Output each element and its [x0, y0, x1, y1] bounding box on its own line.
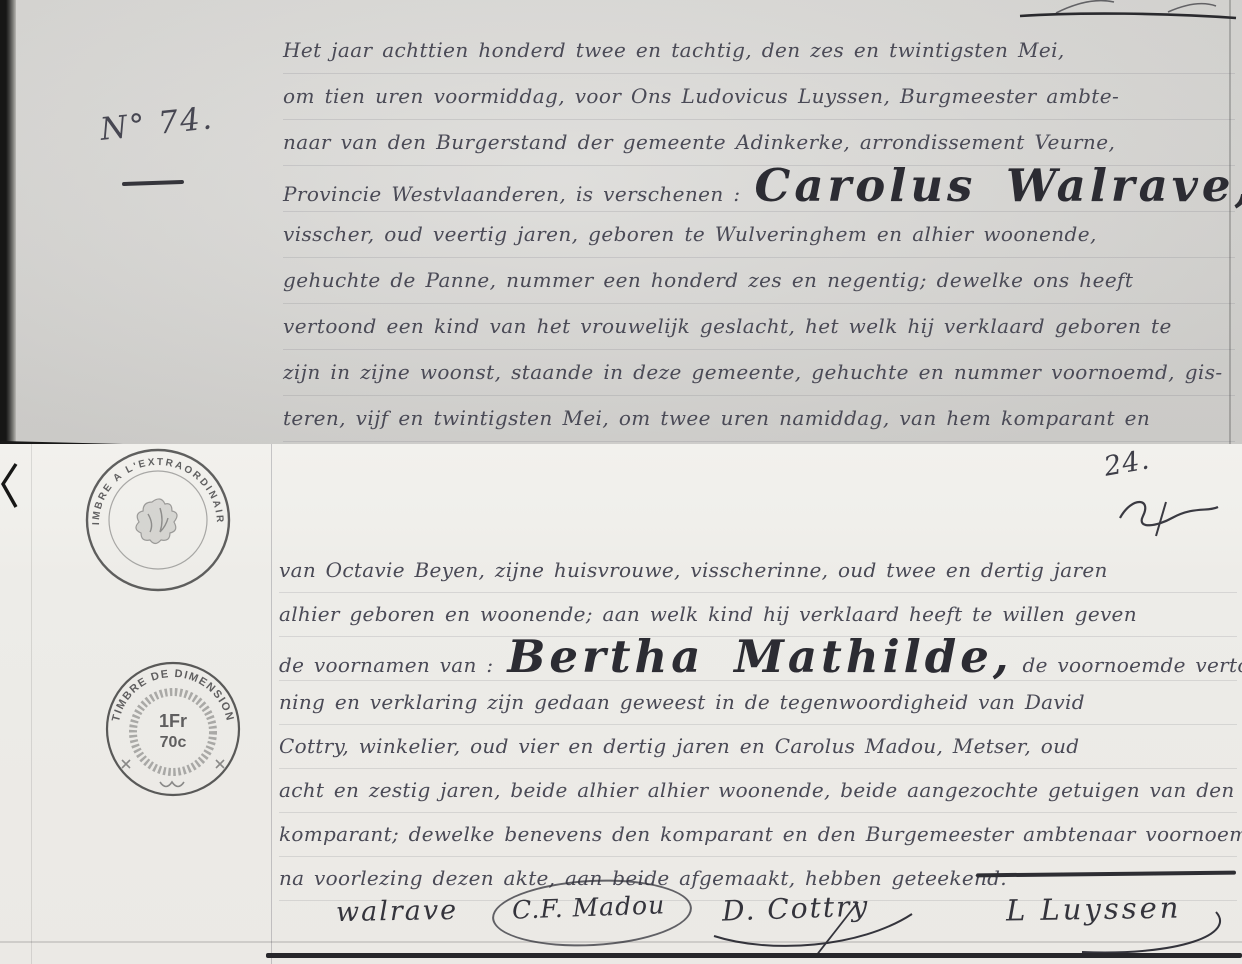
page-bottom-rule-thin [0, 941, 1242, 943]
stamp-value: 1Fr 70c [159, 711, 187, 751]
dimension-stamp: TIMBRE DE DIMENSION 1Fr 70c [102, 658, 244, 800]
act-line: visscher, oud veertig jaren, geboren te … [283, 212, 1235, 258]
lower-page-left-edge [31, 444, 32, 964]
act-line: van Octavie Beyen, zijne huisvrouwe, vis… [279, 549, 1237, 593]
act-line: komparant; dewelke benevens den komparan… [279, 813, 1237, 857]
name-bertha-mathilde: Bertha Mathilde, [507, 637, 1012, 677]
act-line: Provincie Westvlaanderen, is verschenen … [283, 166, 1235, 212]
coat-of-arms-emblem [136, 499, 177, 544]
svg-text:70c: 70c [160, 734, 187, 751]
act-line: teren, vijf en twintigsten Mei, om twee … [283, 396, 1235, 442]
act-line: ning en verklaring zijn gedaan geweest i… [279, 681, 1237, 725]
signature-madou: C.F. Madou [512, 890, 666, 924]
signature-cottry-flourish [700, 898, 940, 960]
name-carolus-walrave: Carolus Walrave, [755, 166, 1242, 206]
act-body-lower: van Octavie Beyen, zijne huisvrouwe, vis… [279, 549, 1237, 901]
signature-walrave: walrave [336, 895, 459, 928]
wreath-ornaments [122, 760, 224, 787]
act-line: gehuchte de Panne, nummer een honderd ze… [283, 258, 1235, 304]
act-line: vertoond een kind van het vrouwelijk ges… [283, 304, 1235, 350]
page-scan: N° 74. Het jaar achttien honderd twee en… [0, 0, 1242, 964]
page-number-paraph [1112, 486, 1228, 540]
page-bottom-rule-thick [266, 953, 1242, 958]
extraordinaire-stamp: TIMBRE A L'EXTRAORDINAIRE [82, 446, 234, 594]
act-body-upper: Het jaar achttien honderd twee en tachti… [283, 28, 1235, 442]
act-line: Het jaar achttien honderd twee en tachti… [283, 28, 1235, 74]
act-line: de voornamen van : Bertha Mathilde, de v… [279, 637, 1237, 681]
margin-line [271, 444, 272, 964]
act-line: om tien uren voormiddag, voor Ons Ludovi… [283, 74, 1235, 120]
previous-record-closing-line [1018, 0, 1242, 28]
binding-strip [0, 0, 16, 444]
laurel-wreath [133, 692, 213, 772]
act-line: Cottry, winkelier, oud vier en dertig ja… [279, 725, 1237, 769]
svg-text:1Fr: 1Fr [159, 711, 187, 731]
act-line: acht en zestig jaren, beide alhier alhie… [279, 769, 1237, 813]
act-line-text: Provincie Westvlaanderen, is verschenen … [283, 172, 741, 217]
act-line: zijn in zijne woonst, staande in deze ge… [283, 350, 1235, 396]
scan-edge-mark [0, 462, 20, 510]
